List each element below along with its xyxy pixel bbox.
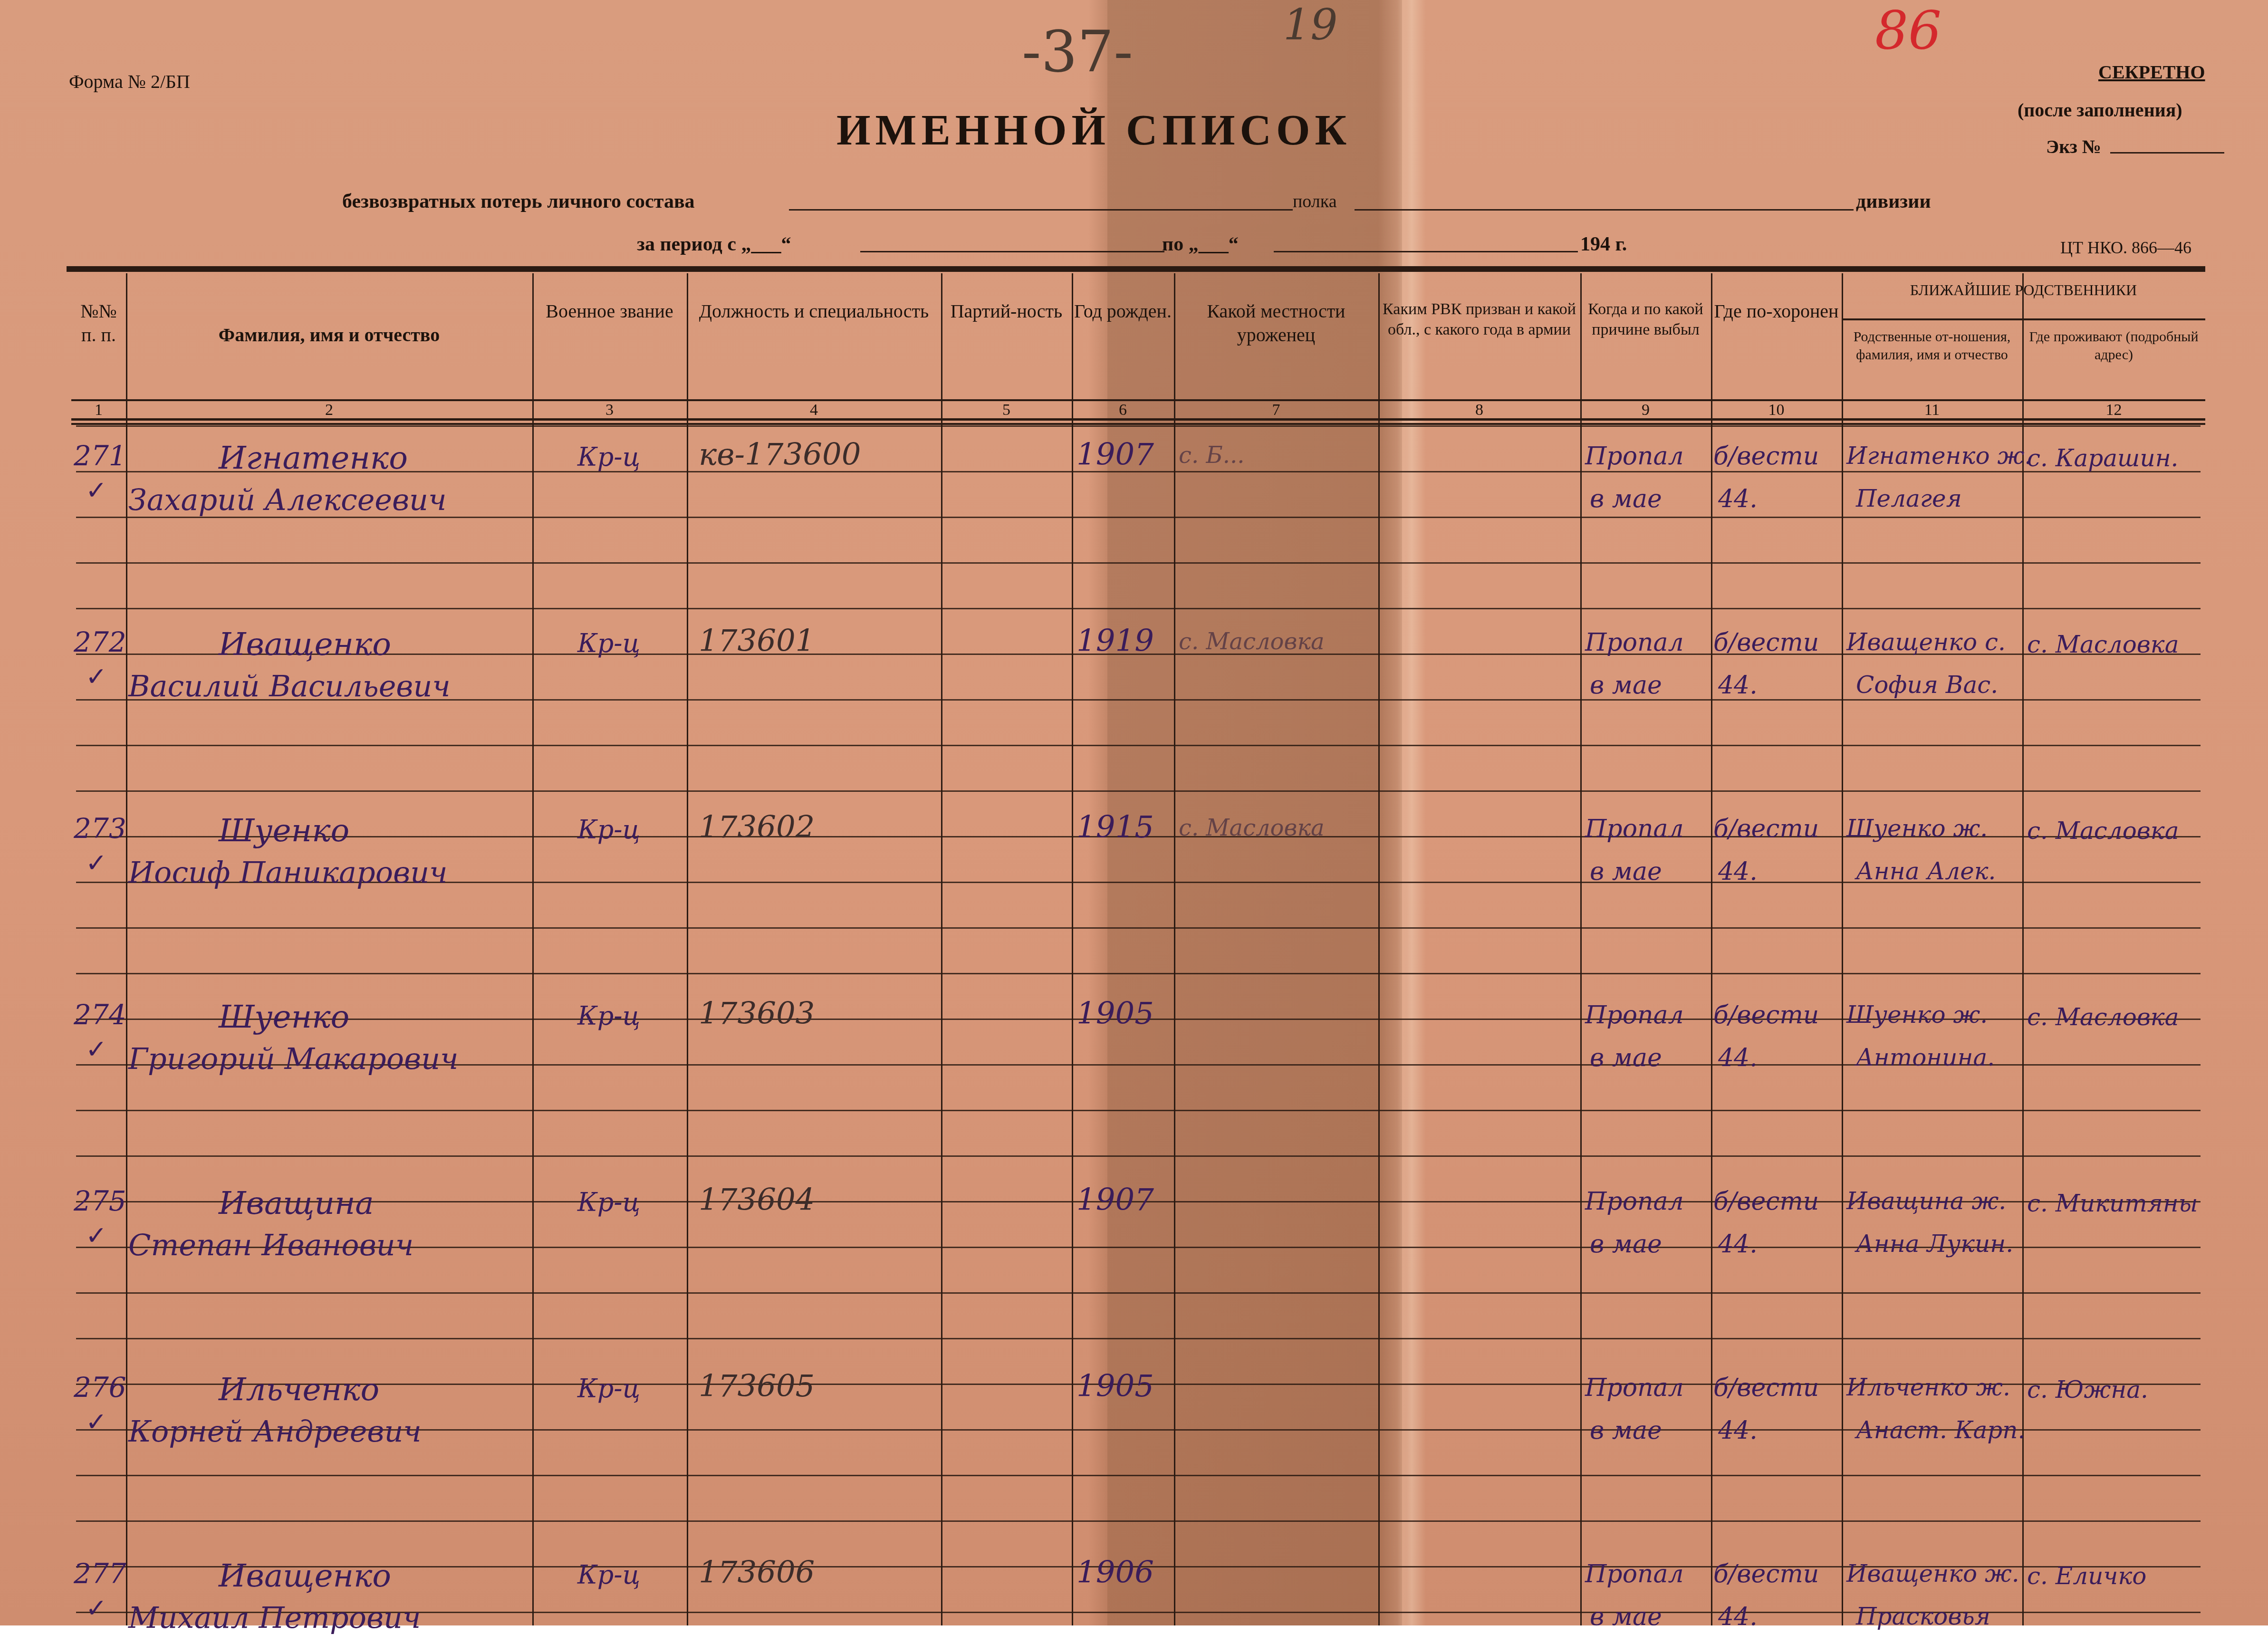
column-number-7: 7: [1174, 401, 1378, 419]
row-number: 274: [74, 999, 126, 1031]
relative-address: с. Карашин.: [2027, 444, 2179, 472]
military-rank: Кр-ц: [577, 815, 640, 845]
relative-address: с. Еличко: [2027, 1562, 2146, 1590]
reason-line-2: в мае: [1590, 485, 1662, 513]
handwritten-page-number: -37-: [1022, 19, 1133, 85]
reason-line-2: в мае: [1590, 1044, 1662, 1072]
column-number-10: 10: [1711, 401, 1842, 419]
given-name: Григорий Макарович: [128, 1041, 459, 1076]
ruled-line: [76, 973, 2201, 974]
field-underline: [789, 209, 1293, 211]
column-header-6: Год рожден.: [1072, 299, 1174, 323]
surname: Иващенко: [219, 626, 391, 663]
ruled-line: [76, 1155, 2201, 1157]
row-number: 273: [74, 812, 126, 845]
relative-name-line-1: Иващенко ж.: [1846, 1560, 2019, 1587]
column-header-7: Какой местности уроженец: [1174, 299, 1378, 347]
column-number-rule: [71, 423, 2205, 425]
check-mark-icon: ✓: [86, 475, 107, 505]
reason-line-1: Пропал: [1585, 815, 1684, 843]
reason-line-2: в мае: [1590, 857, 1662, 886]
paper-fold: [1397, 0, 1426, 1625]
burial-line-1: б/вести: [1713, 815, 1819, 843]
column-number-1: 1: [71, 401, 126, 419]
row-number: 275: [74, 1185, 126, 1217]
relative-name-line-2: Анаст. Карп.: [1856, 1416, 2025, 1444]
burial-line-2: 44.: [1718, 671, 1758, 700]
header-rule: [67, 266, 2205, 272]
column-header-9: Когда и по какой причине выбыл: [1580, 299, 1711, 340]
column-divider: [687, 273, 688, 1625]
military-rank: Кр-ц: [577, 442, 640, 472]
relative-name-line-1: Игнатенко ж.: [1846, 442, 2032, 470]
check-mark-icon: ✓: [86, 1593, 107, 1623]
birth-year: 1907: [1076, 1183, 1154, 1218]
column-number-8: 8: [1378, 401, 1580, 419]
military-rank: Кр-ц: [577, 1560, 640, 1590]
birthplace: с. Б...: [1179, 442, 1244, 469]
given-name: Степан Иванович: [128, 1228, 413, 1262]
burial-line-1: б/вести: [1713, 1374, 1819, 1402]
surname: Ильченко: [219, 1371, 379, 1408]
surname: Иващенко: [219, 1557, 391, 1594]
period-year: 194 г.: [1580, 233, 1627, 256]
handwritten-sheet-number: 19: [1283, 0, 1338, 50]
reason-line-1: Пропал: [1585, 442, 1684, 471]
column-number-9: 9: [1580, 401, 1711, 419]
reason-line-1: Пропал: [1585, 1560, 1684, 1588]
surname: Иващина: [219, 1185, 374, 1221]
relative-name-line-1: Шуенко ж.: [1846, 815, 1988, 842]
burial-line-2: 44.: [1718, 1230, 1758, 1259]
column-number-2: 2: [126, 401, 532, 419]
ruled-line: [76, 790, 2201, 792]
relatives-group-header: БЛИЖАЙШИЕ РОДСТВЕННИКИ: [1842, 280, 2205, 299]
military-rank: Кр-ц: [577, 628, 640, 658]
column-header-10: Где по-хоронен: [1711, 299, 1842, 323]
personal-number: 173605: [699, 1369, 815, 1404]
birth-year: 1915: [1076, 810, 1154, 845]
relative-name-line-2: Пелагея: [1856, 485, 1962, 512]
column-header-5: Партий-ность: [941, 299, 1072, 323]
reason-line-1: Пропал: [1585, 628, 1684, 657]
military-rank: Кр-ц: [577, 1374, 640, 1404]
ruled-line: [76, 1520, 2201, 1522]
row-number: 272: [74, 626, 126, 658]
given-name: Иосиф Паникарович: [128, 855, 448, 890]
column-divider: [1711, 273, 1712, 1625]
burial-line-1: б/вести: [1713, 1560, 1819, 1588]
column-divider: [1378, 273, 1380, 1625]
period-from: за период с „___“: [637, 233, 791, 256]
birth-year: 1905: [1076, 996, 1154, 1031]
burial-line-2: 44.: [1718, 1416, 1758, 1445]
relative-name-line-2: Анна Лукин.: [1856, 1230, 2013, 1258]
burial-line-2: 44.: [1718, 857, 1758, 886]
burial-line-1: б/вести: [1713, 1187, 1819, 1216]
reason-line-2: в мае: [1590, 671, 1662, 700]
ruled-line: [76, 745, 2201, 746]
relative-address: с. Южна.: [2027, 1376, 2148, 1404]
subtitle-division: дивизии: [1856, 190, 1931, 213]
check-mark-icon: ✓: [86, 1221, 107, 1250]
personal-number: 173602: [699, 810, 815, 845]
ruled-line: [76, 608, 2201, 609]
column-divider: [941, 273, 942, 1625]
given-name: Захарий Алексеевич: [128, 482, 447, 517]
printer-code: ЦТ НКО. 866—46: [2060, 238, 2191, 258]
military-rank: Кр-ц: [577, 1001, 640, 1031]
given-name: Василий Васильевич: [128, 669, 451, 703]
column-header-1: №№ п. п.: [71, 299, 126, 347]
column-divider: [1580, 273, 1582, 1625]
personal-number: 173601: [699, 624, 815, 659]
column-header-3: Военное звание: [532, 299, 687, 323]
column-header-8: Каким РВК призван и какой обл., с какого…: [1378, 299, 1580, 340]
relative-address: с. Масловка: [2027, 817, 2179, 845]
column-number-11: 11: [1842, 401, 2022, 419]
field-underline: [1274, 251, 1578, 252]
burial-line-2: 44.: [1718, 1044, 1758, 1072]
birthplace: с. Масловка: [1179, 628, 1325, 655]
page-title: ИМЕННОЙ СПИСОК: [836, 105, 1351, 155]
relative-address: с. Масловка: [2027, 631, 2179, 658]
column-header-11: Родственные от-ношения, фамилия, имя и о…: [1842, 328, 2022, 364]
reason-line-2: в мае: [1590, 1603, 1662, 1631]
surname: Шуенко: [219, 812, 349, 849]
burial-line-1: б/вести: [1713, 1001, 1819, 1029]
check-mark-icon: ✓: [86, 1407, 107, 1437]
birthplace: с. Масловка: [1179, 815, 1325, 841]
row-number: 277: [74, 1557, 126, 1590]
period-to: по „___“: [1162, 233, 1239, 256]
personal-number: 173604: [699, 1183, 815, 1218]
form-label: Форма № 2/БП: [69, 70, 190, 93]
check-mark-icon: ✓: [86, 1034, 107, 1064]
column-number-6: 6: [1072, 401, 1174, 419]
relative-name-line-2: Прасковья: [1856, 1603, 1990, 1630]
relative-name-line-1: Шуенко ж.: [1846, 1001, 1988, 1029]
surname: Игнатенко: [219, 440, 408, 476]
reason-line-1: Пропал: [1585, 1001, 1684, 1029]
document-sheet: Форма № 2/БП ИМЕННОЙ СПИСОК безвозвратны…: [0, 0, 2268, 1625]
burial-line-1: б/вести: [1713, 442, 1819, 471]
ruled-line: [76, 1292, 2201, 1294]
birth-year: 1907: [1076, 437, 1154, 472]
column-divider: [1842, 273, 1843, 1625]
ruled-line: [76, 425, 2201, 427]
given-name: Михаил Петрович: [128, 1600, 421, 1635]
relative-name-line-1: Иващенко с.: [1846, 628, 2006, 656]
column-number-5: 5: [941, 401, 1072, 419]
subtitle-loss: безвозвратных потерь личного состава: [342, 190, 695, 213]
reason-line-1: Пропал: [1585, 1187, 1684, 1216]
column-header-4: Должность и специальность: [687, 299, 941, 323]
column-divider: [1072, 273, 1073, 1625]
personal-number: 173606: [699, 1555, 815, 1590]
ruled-line: [76, 1475, 2201, 1476]
burial-line-2: 44.: [1718, 1603, 1758, 1631]
field-underline: [1355, 209, 1854, 211]
row-number: 271: [74, 440, 126, 472]
column-header-2: Фамилия, имя и отчество: [126, 323, 532, 347]
check-mark-icon: ✓: [86, 662, 107, 692]
relative-name-line-1: Ильченко ж.: [1846, 1374, 2010, 1401]
column-number-4: 4: [687, 401, 941, 419]
reason-line-1: Пропал: [1585, 1374, 1684, 1402]
row-number: 276: [74, 1371, 126, 1404]
relative-name-line-2: Анна Алек.: [1856, 857, 1996, 885]
ruled-line: [76, 1110, 2201, 1111]
birth-year: 1905: [1076, 1369, 1154, 1404]
relative-address: с. Микитяны: [2027, 1190, 2198, 1217]
military-rank: Кр-ц: [577, 1187, 640, 1217]
relatives-group-rule: [1842, 318, 2205, 320]
column-number-3: 3: [532, 401, 687, 419]
relative-name-line-2: София Вас.: [1856, 671, 1998, 699]
reason-line-2: в мае: [1590, 1230, 1662, 1259]
personal-number: кв-173600: [699, 437, 861, 472]
given-name: Корней Андреевич: [128, 1414, 422, 1449]
check-mark-icon: ✓: [86, 848, 107, 878]
personal-number: 173603: [699, 996, 815, 1031]
ruled-line: [76, 1338, 2201, 1339]
birth-year: 1906: [1076, 1555, 1154, 1590]
relative-name-line-1: Иващина ж.: [1846, 1187, 2006, 1215]
field-underline: [860, 251, 1164, 252]
ruled-line: [76, 562, 2201, 564]
field-underline: [2110, 152, 2224, 154]
column-divider: [1174, 273, 1175, 1625]
surname: Шуенко: [219, 999, 349, 1035]
column-divider: [532, 273, 534, 1625]
copy-number-label: Экз №: [2046, 135, 2101, 158]
column-header-12: Где проживают (подробный адрес): [2022, 328, 2205, 364]
burial-line-1: б/вести: [1713, 628, 1819, 657]
column-divider: [126, 273, 127, 1625]
column-number-12: 12: [2022, 401, 2205, 419]
burial-line-2: 44.: [1718, 485, 1758, 513]
ruled-line: [76, 927, 2201, 929]
subtitle-regiment: полка: [1293, 191, 1337, 212]
relative-address: с. Масловка: [2027, 1003, 2179, 1031]
secret-stamp: СЕКРЕТНО: [2098, 61, 2205, 83]
archive-page-number: 86: [1875, 0, 1941, 61]
relative-name-line-2: Антонина.: [1856, 1044, 1995, 1071]
after-filling: (после заполнения): [2018, 99, 2182, 121]
birth-year: 1919: [1076, 624, 1154, 659]
reason-line-2: в мае: [1590, 1416, 1662, 1445]
